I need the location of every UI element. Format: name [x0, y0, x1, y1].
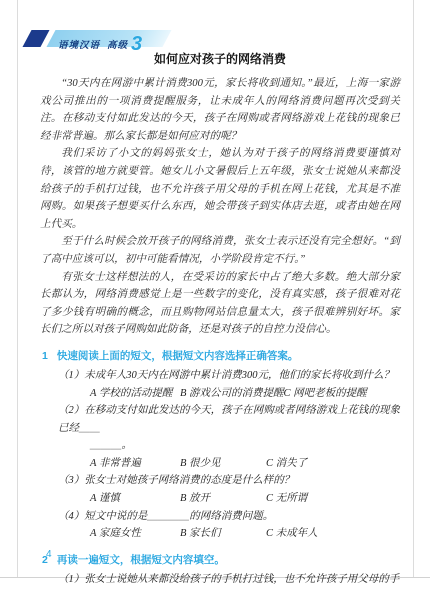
exercise1-heading: 1 快速阅读上面的短文，根据短文内容选择正确答案。 — [42, 348, 400, 363]
series-banner: 语境汉语高级3 — [0, 28, 220, 50]
question-1-text: 未成年人30天内在网游中累计消费300元，他们的家长将收到什么？ — [84, 370, 394, 381]
exercise2-instruction: 再读一遍短文，根据短文内容填空。 — [57, 552, 225, 567]
question-2-blank: ＿＿＿。 — [90, 437, 400, 455]
textbook-page: 语境汉语高级3 如何应对孩子的网络消费 “30天内在网游中累计消费300元，家长… — [0, 0, 430, 599]
reading-passage: “30天内在网游中累计消费300元，家长将收到通知。”最近，上海一家游戏公司推出… — [40, 75, 400, 339]
question-2: （2）在移动支付如此发达的今天，孩子在网购或者网络游戏上花钱的现象已经＿＿ — [58, 402, 400, 437]
page-number: 4 — [46, 549, 52, 560]
question-1-options: A 学校的活动提醒 B 游戏公司的消费提醒 C 网吧老板的提醒 — [90, 385, 400, 403]
question-4-label: （4） — [58, 511, 84, 522]
exercise2-heading: 2 再读一遍短文，根据短文内容填空。 — [42, 552, 400, 567]
option-c: C 消失了 — [266, 455, 307, 473]
option-a: A 学校的活动提醒 — [90, 385, 180, 403]
page-content: 如何应对孩子的网络消费 “30天内在网游中累计消费300元，家长将收到通知。”最… — [40, 50, 400, 588]
option-b: B 很少见 — [180, 455, 266, 473]
exercise1-number: 1 — [42, 350, 48, 362]
option-a: A 非常普遍 — [90, 455, 180, 473]
passage-paragraph: 至于什么时候会放开孩子的网络消费，张女士表示还没有完全想好。“到了高中应该可以，… — [40, 233, 400, 268]
question-1-label: （1） — [58, 370, 84, 381]
fill-blank-item-1-text: 张女士说她从来都没给孩子的手机打过钱，也不允许孩子用父母的手 — [84, 574, 399, 585]
banner-accent-shape — [22, 30, 49, 47]
option-c: C 网吧老板的提醒 — [284, 385, 367, 403]
passage-paragraph: 有张女士这样想法的人，在受采访的家长中占了绝大多数。绝大部分家长都认为，网络消费… — [40, 269, 400, 339]
fill-blank-item-1-label: （1） — [58, 574, 84, 585]
scan-edge-right — [413, 0, 414, 578]
question-3-options: A 谨慎 B 放开 C 无所谓 — [90, 490, 400, 508]
question-2-label: （2） — [58, 405, 84, 416]
fill-blank-item-1: （1）张女士说她从来都没给孩子的手机打过钱，也不允许孩子用父母的手 — [58, 571, 400, 589]
scan-edge-left — [17, 0, 18, 578]
option-b: B 放开 — [180, 490, 266, 508]
question-4-options: A 家庭女性 B 家长们 C 未成年人 — [90, 525, 400, 543]
question-3-label: （3） — [58, 475, 84, 486]
question-1: （1）未成年人30天内在网游中累计消费300元，他们的家长将收到什么？ — [58, 367, 400, 385]
option-a: A 谨慎 — [90, 490, 180, 508]
option-c: C 无所谓 — [266, 490, 307, 508]
passage-paragraph: 我们采访了小文的妈妈张女士，她认为对于孩子的网络消费要谨慎对待，该管的地方就要管… — [40, 145, 400, 233]
exercise1-instruction: 快速阅读上面的短文，根据短文内容选择正确答案。 — [57, 348, 299, 363]
question-3: （3）张女士对她孩子网络消费的态度是什么样的？ — [58, 472, 400, 490]
option-c: C 未成年人 — [266, 525, 318, 543]
option-b: B 家长们 — [180, 525, 266, 543]
option-b: B 游戏公司的消费提醒 — [180, 385, 284, 403]
question-4: （4）短文中说的是＿＿＿＿的网络消费问题。 — [58, 508, 400, 526]
question-4-text: 短文中说的是＿＿＿＿的网络消费问题。 — [84, 511, 273, 522]
question-2-options: A 非常普遍 B 很少见 C 消失了 — [90, 455, 400, 473]
option-a: A 家庭女性 — [90, 525, 180, 543]
question-2-text: 在移动支付如此发达的今天，孩子在网购或者网络游戏上花钱的现象已经＿＿ — [58, 405, 400, 434]
passage-paragraph: “30天内在网游中累计消费300元，家长将收到通知。”最近，上海一家游戏公司推出… — [40, 75, 400, 145]
question-3-text: 张女士对她孩子网络消费的态度是什么样的？ — [84, 475, 294, 486]
page-title: 如何应对孩子的网络消费 — [40, 50, 400, 67]
